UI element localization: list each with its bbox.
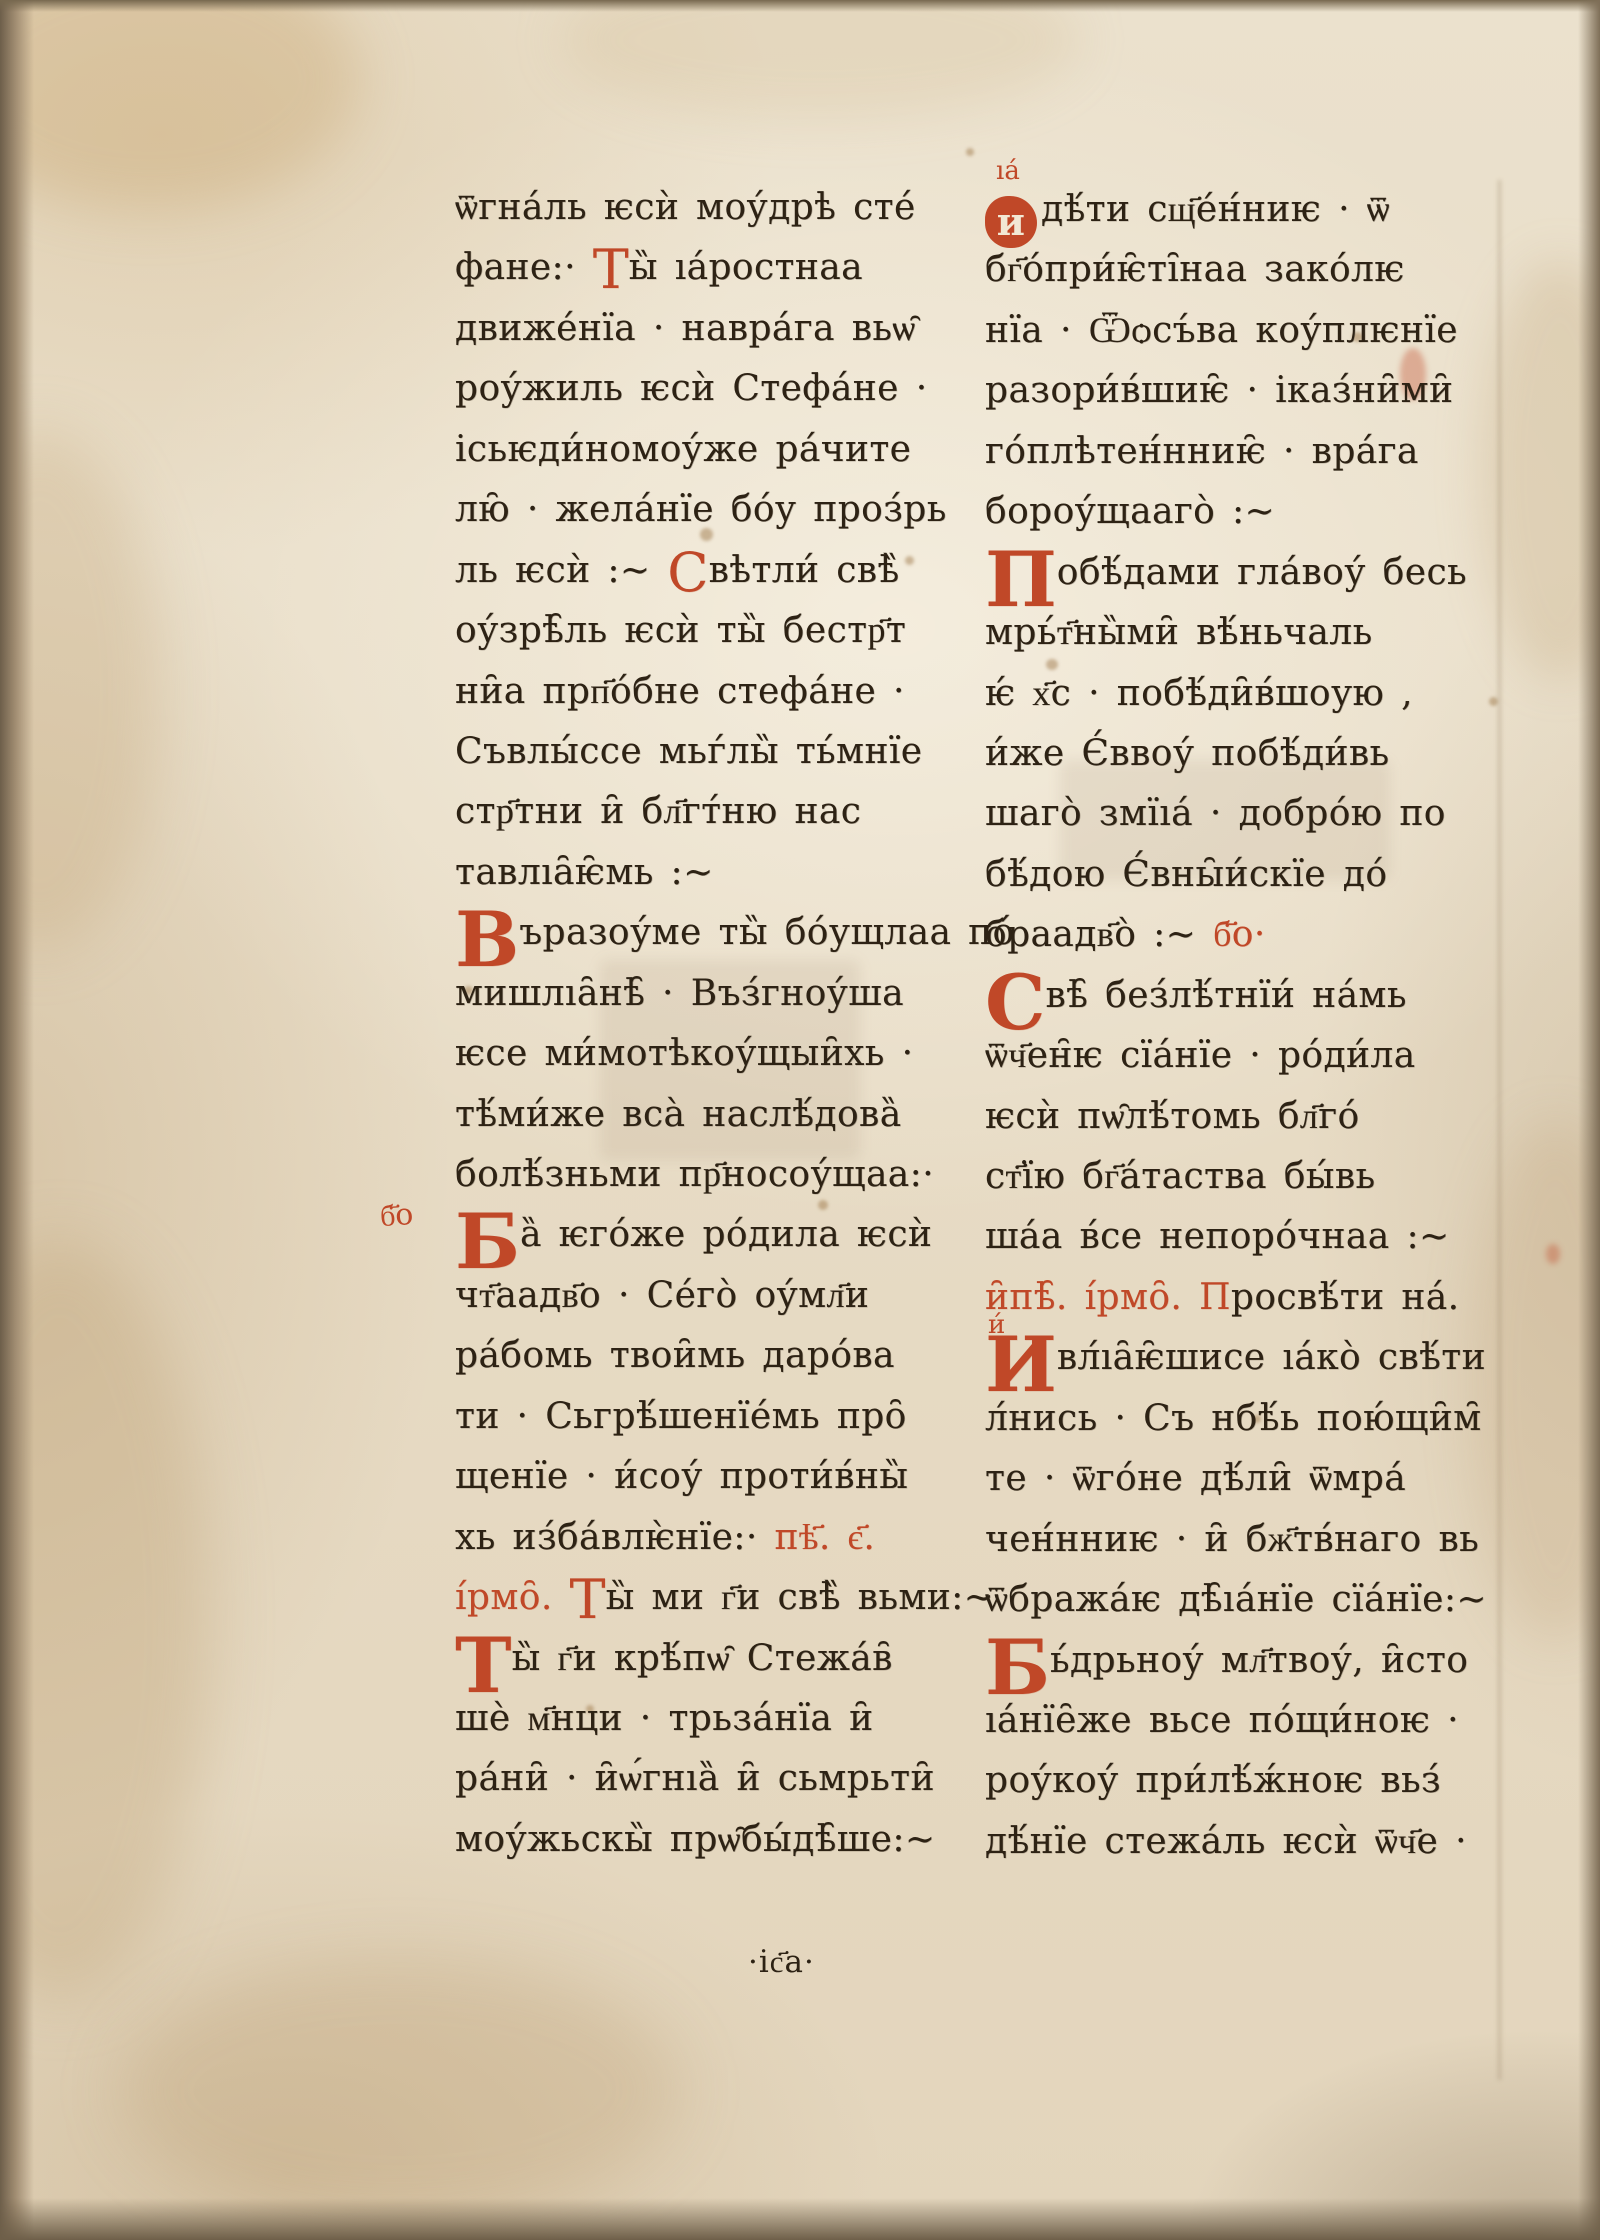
text-line: тавлıа̑ѥ̑мь :~ <box>455 843 1015 903</box>
text-segment: ѿч҃ен̑ѥ сїа́нїе · ро́ди́ла <box>985 1035 1416 1076</box>
text-line: бороу́щааго̀ :~ <box>985 482 1487 542</box>
text-segment: нїа · Ѿѻсъ́ва коу́плѥнїе <box>985 310 1458 351</box>
text-line: Съвлы́ссе мьѓлы̏ ть́мнїе <box>455 722 1015 782</box>
leaf-edge-line <box>1498 180 1501 2080</box>
text-line: бг҃о́при́ѥ̑ті̑наа зако́лѥ <box>985 240 1487 300</box>
text-segment: ы̏ ıа́ростнаа <box>629 247 863 288</box>
text-line: те · ѿго́не дѣ́ли̑ ѿмра́ <box>985 1449 1487 1509</box>
text-segment: бг҃о́при́ѥ̑ті̑наа зако́лѥ <box>985 249 1405 290</box>
text-segment: ша́а в́се непоро́чнаа :~ <box>985 1216 1450 1257</box>
text-line: ѥсѝ пѡ̑лѣ́томь бл҃го́ <box>985 1087 1487 1147</box>
text-segment: л́нись · Съ нбѣ́ь пою́щи̑м̑ <box>985 1398 1482 1439</box>
text-segment: б҃о· <box>1213 914 1266 955</box>
text-line: Свѣ̑ без́лѣ́тнїи́ на́мь <box>985 966 1487 1026</box>
text-segment: ти · Сьгрѣ́шенїе́мь про̑ <box>455 1396 907 1437</box>
text-segment: щенїе · и́соу́ проти́в́ны̏ <box>455 1456 908 1497</box>
text-line: движе́нїа · навра́га вьѡ̑ <box>455 299 1015 359</box>
text-line: и̑пѣ̑. і́рмо̑. Просвѣ́ти на́. <box>985 1268 1487 1328</box>
text-segment: мишлıа̑нѣ̑ · Въз́гноу́ша <box>455 973 904 1014</box>
text-segment: и́же Є́ввоу́ побѣ́ди́вь <box>985 733 1390 774</box>
manuscript-page: ѿгна́ль ѥсѝ моу́дрѣ сте́фане:· Ты̏ ıа́ро… <box>0 0 1600 2240</box>
text-line: ни̑а прп҃о́бне стефа́не · <box>455 662 1015 722</box>
text-segment: роу́коу́ при́лѣ́ж́ноѥ вьз́ <box>985 1760 1441 1801</box>
text-line: Ивл́ıа̑ѥ̑шисе ıа́ко̀ свѣ́ти <box>985 1328 1487 1388</box>
page-top-shadow <box>0 0 1600 12</box>
marginal-gloss-bogorodichen: б҃о <box>379 1197 415 1234</box>
text-line: шаго̀ змїıа́ · добро́ю по <box>985 784 1487 844</box>
text-line: ра́бомь твои̑мь даро́ва <box>455 1326 1015 1386</box>
text-line: ша́а в́се непоро́чнаа :~ <box>985 1207 1487 1267</box>
text-line: фане:· Ты̏ ıа́ростнаа <box>455 238 1015 298</box>
text-segment: тѣ́ми́же вса̀ наслѣ́дова̏ <box>455 1094 902 1135</box>
text-segment: браадв҃о̀ :~ <box>985 914 1213 955</box>
text-line: ль ѥсѝ :~ Свѣтли́ свѣ̏ <box>455 541 1015 601</box>
parchment-stain <box>0 430 160 950</box>
text-line: Ты̏ г҃и крѣ́пѡ̑ Стежа́в̑ <box>455 1629 1015 1689</box>
parchment-stain <box>120 1960 680 2220</box>
text-line: Въразоу́ме ты̏ бо́ущлаа по́ <box>455 903 1015 963</box>
text-line: идѣ́ти сщ҃е́н́ниѥ · ѿ <box>985 180 1487 240</box>
text-segment: движе́нїа · навра́га вьѡ̑ <box>455 308 916 349</box>
page-bottom-shadow <box>0 2198 1600 2240</box>
text-line: ѿбража́ѥ дѣ̑ıа́нїе сїа́нїе:~ <box>985 1570 1487 1630</box>
text-line: разори́в́шиѥ̑ · іказ́ни̑ми̑ <box>985 361 1487 421</box>
initial-superscript: ıа́ <box>996 156 1020 186</box>
text-segment: лю̑ · жела́нїе бо́у проз́рь <box>455 489 947 530</box>
text-segment: ѿгна́ль ѥсѝ моу́дрѣ сте́ <box>455 187 916 228</box>
parchment-stain <box>0 1240 210 2000</box>
text-segment: ь́дрьноу́ мл҃твоу́, и̑сто <box>1050 1640 1468 1681</box>
text-segment: ы̏ г҃и крѣ́пѡ̑ Стежа́в̑ <box>512 1638 893 1679</box>
text-segment: разори́в́шиѥ̑ · іказ́ни̑ми̑ <box>985 370 1453 411</box>
text-line: Побѣ́дами гла́воу́ бесь <box>985 543 1487 603</box>
text-segment: бороу́щааго̀ :~ <box>985 491 1275 532</box>
text-segment: шѐ м҃нци · трьза́нїа и̑ <box>455 1698 874 1739</box>
text-segment: ѥсѝ пѡ̑лѣ́томь бл҃го́ <box>985 1096 1360 1137</box>
text-segment: фане:· <box>455 247 593 288</box>
text-line: Ба̏ ѥго́же ро́дила ѥсѝ <box>455 1205 1015 1265</box>
text-line: ѿгна́ль ѥсѝ моу́дрѣ сте́ <box>455 178 1015 238</box>
text-segment: Съвлы́ссе мьѓлы̏ ть́мнїе <box>455 731 922 772</box>
text-line: ѥсе ми́мотѣкоу́щыи̑хь · <box>455 1024 1015 1084</box>
initial-letter: Т <box>593 238 629 301</box>
initial-superscript: и́ <box>988 1310 1005 1340</box>
text-segment: вѣ̑ без́лѣ́тнїи́ на́мь <box>1046 975 1407 1016</box>
text-line: мишлıа̑нѣ̑ · Въз́гноу́ша <box>455 964 1015 1024</box>
parchment-stain <box>1470 1120 1600 1640</box>
text-segment: ѿбража́ѥ дѣ̑ıа́нїе сїа́нїе:~ <box>985 1579 1487 1620</box>
text-segment: ѥ́ х҃с · побѣ́ди̑в́шоую , <box>985 673 1413 714</box>
text-segment: ıа́нїе̑же вьсе по́щи́ноѥ · <box>985 1700 1459 1741</box>
parchment-stain <box>0 0 360 210</box>
text-segment: росвѣ́ти на́. <box>1231 1277 1460 1318</box>
text-line: лю̑ · жела́нїе бо́у проз́рь <box>455 480 1015 540</box>
text-segment: ст҃їю бг҃а́таства бы́вь <box>985 1156 1376 1197</box>
text-segment: ра́ни̑ · и̑ѡ́гнıа̏ и̑ сьмрьти̑ <box>455 1758 935 1799</box>
text-line: ѥ́ х҃с · побѣ́ди̑в́шоую , <box>985 664 1487 724</box>
fox-spot <box>1489 697 1498 706</box>
text-segment: ъразоу́ме ты̏ бо́ущлаа по́ <box>519 912 1014 953</box>
text-segment: ра́бомь твои̑мь даро́ва <box>455 1335 895 1376</box>
text-line: шѐ м҃нци · трьза́нїа и̑ <box>455 1689 1015 1749</box>
parchment-stain <box>560 0 1080 120</box>
text-segment: дѣ́нїе стежа́ль ѥсѝ ѿч҃е · <box>985 1821 1467 1862</box>
text-segment: мрь́т҃ны̏ми̑ вѣ́ньчаль <box>985 612 1373 653</box>
text-line: щенїе · и́соу́ проти́в́ны̏ <box>455 1447 1015 1507</box>
red-ink-smudge <box>1546 1244 1560 1264</box>
text-line: тѣ́ми́же вса̀ наслѣ́дова̏ <box>455 1085 1015 1145</box>
text-line: л́нись · Съ нбѣ́ь пою́щи̑м̑ <box>985 1389 1487 1449</box>
text-segment: ы̏ ми г҃и свѣ̏ вьми:~ <box>606 1577 995 1618</box>
text-segment: и̑пѣ̑. і́рмо̑. П <box>985 1277 1231 1318</box>
text-segment: роу́жиль ѥсѝ Стефа́не · <box>455 368 928 409</box>
text-segment: моу́жьскы̏ прѡ̑бы́дѣ̑ше:~ <box>455 1819 935 1860</box>
text-line: і́рмо̑. Ты̏ ми г҃и свѣ̏ вьми:~ <box>455 1568 1015 1628</box>
text-segment: болѣ́зньми пр҃носоу́щаа:· <box>455 1154 934 1195</box>
text-segment: хь из́ба́влѥ̀нїе:· <box>455 1517 775 1558</box>
text-segment: шаго̀ змїıа́ · добро́ю по <box>985 793 1446 834</box>
text-segment: ѥсе ми́мотѣкоу́щыи̑хь · <box>455 1033 914 1074</box>
text-line: ти · Сьгрѣ́шенїе́мь про̑ <box>455 1387 1015 1447</box>
text-line: го́плѣтен́нниѥ̑ · вра́га <box>985 422 1487 482</box>
text-segment: і́рмо̑. <box>455 1577 570 1618</box>
text-line: ра́ни̑ · и̑ѡ́гнıа̏ и̑ сьмрьти̑ <box>455 1749 1015 1809</box>
text-segment: бѣ́дою Є́вны̑и́скїе до́ <box>985 854 1387 895</box>
text-line: ıа́нїе̑же вьсе по́щи́ноѥ · <box>985 1691 1487 1751</box>
text-segment: пѣ҃. є҃. <box>775 1517 876 1558</box>
text-line: хь из́ба́влѥ̀нїе:· пѣ҃. є҃. <box>455 1508 1015 1568</box>
text-segment: чен́нниѥ · и̑ бж҃тв́наго вь <box>985 1519 1479 1560</box>
text-segment: вл́ıа̑ѥ̑шисе ıа́ко̀ свѣ́ти <box>1057 1337 1486 1378</box>
text-segment: чт҃аадв҃о · Се́го̀ оу́мл҃и <box>455 1275 869 1316</box>
text-line: стр҃тни и̑ бл҃гт́ню нас <box>455 782 1015 842</box>
text-segment: вѣтли́ свѣ̏ <box>709 550 900 591</box>
text-line: и́же Є́ввоу́ побѣ́ди́вь <box>985 724 1487 784</box>
text-segment: ісьѥди́номоу́же ра́чите <box>455 429 911 470</box>
text-line: нїа · Ѿѻсъ́ва коу́плѥнїе <box>985 301 1487 361</box>
text-line: бѣ́дою Є́вны̑и́скїе до́ <box>985 845 1487 905</box>
text-line: роу́жиль ѥсѝ Стефа́не · <box>455 359 1015 419</box>
text-line: Бь́дрьноу́ мл҃твоу́, и̑сто <box>985 1631 1487 1691</box>
text-line: ѿч҃ен̑ѥ сїа́нїе · ро́ди́ла <box>985 1026 1487 1086</box>
text-line: ст҃їю бг҃а́таства бы́вь <box>985 1147 1487 1207</box>
text-line: чт҃аадв҃о · Се́го̀ оу́мл҃и <box>455 1266 1015 1326</box>
text-segment: дѣ́ти сщ҃е́н́ниѥ · ѿ <box>1041 189 1390 230</box>
quire-signature: ·іс҃а· <box>748 1944 815 1980</box>
text-segment: те · ѿго́не дѣ́ли̑ ѿмра́ <box>985 1458 1406 1499</box>
text-line: чен́нниѥ · и̑ бж҃тв́наго вь <box>985 1510 1487 1570</box>
text-segment: оу́зрѣ̑ль ѥсѝ ты̏ бестр҃т <box>455 610 906 651</box>
text-segment: обѣ́дами гла́воу́ бесь <box>1057 552 1467 593</box>
text-segment: а̏ ѥго́же ро́дила ѥсѝ <box>520 1214 932 1255</box>
text-segment: тавлıа̑ѥ̑мь :~ <box>455 852 714 893</box>
text-segment: ль ѥсѝ :~ <box>455 550 667 591</box>
text-line: мрь́т҃ны̏ми̑ вѣ́ньчаль <box>985 603 1487 663</box>
text-line: браадв҃о̀ :~ б҃о· <box>985 905 1487 965</box>
text-line: болѣ́зньми пр҃носоу́щаа:· <box>455 1145 1015 1205</box>
text-segment: го́плѣтен́нниѥ̑ · вра́га <box>985 431 1419 472</box>
page-right-shadow <box>1578 0 1600 2240</box>
initial-letter: С <box>667 541 708 604</box>
text-column-left: ѿгна́ль ѥсѝ моу́дрѣ сте́фане:· Ты̏ ıа́ро… <box>455 178 1015 1870</box>
page-left-shadow <box>0 0 34 2240</box>
initial-letter: Т <box>570 1568 606 1631</box>
text-line: моу́жьскы̏ прѡ̑бы́дѣ̑ше:~ <box>455 1810 1015 1870</box>
text-line: дѣ́нїе стежа́ль ѥсѝ ѿч҃е · <box>985 1812 1487 1872</box>
text-line: оу́зрѣ̑ль ѥсѝ ты̏ бестр҃т <box>455 601 1015 661</box>
text-segment: стр҃тни и̑ бл҃гт́ню нас <box>455 791 861 832</box>
fox-spot <box>966 148 974 156</box>
text-line: ісьѥди́номоу́же ра́чите <box>455 420 1015 480</box>
parchment-stain <box>1480 260 1600 680</box>
text-column-right: идѣ́ти сщ҃е́н́ниѥ · ѿбг҃о́при́ѥ̑ті̑наа з… <box>985 180 1487 1872</box>
text-segment: ни̑а прп҃о́бне стефа́не · <box>455 671 905 712</box>
text-line: роу́коу́ при́лѣ́ж́ноѥ вьз́ <box>985 1751 1487 1811</box>
